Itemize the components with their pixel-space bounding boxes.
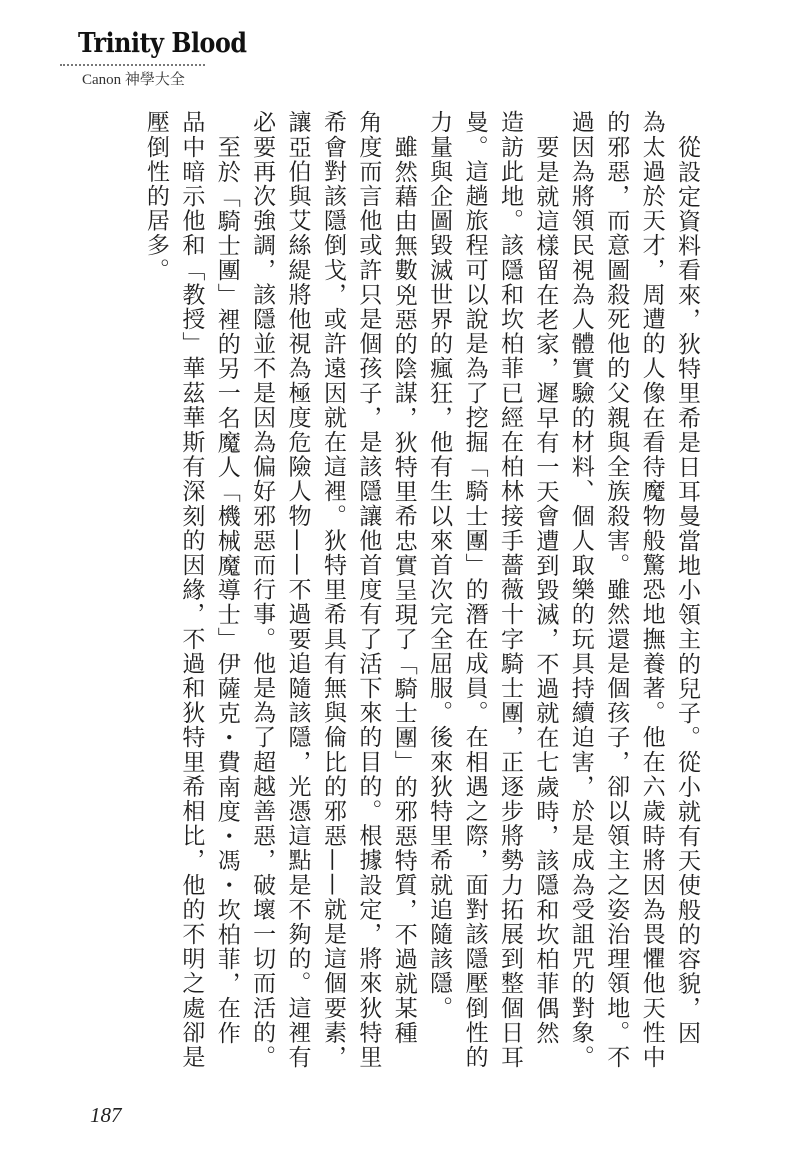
text-column: 造訪此地。該隱和坎柏菲已經在柏林接手薔薇十字騎士團，正逐步將勢力拓展到整個日耳	[492, 110, 527, 1045]
text-column: 的邪惡，而意圖殺死他的父親與全族殺害。雖然還是個孩子，卻以領主之姿治理領地。不	[598, 110, 633, 1045]
book-subtitle: Canon 神學大全	[82, 68, 185, 89]
dotted-divider	[60, 64, 205, 66]
page-number: 187	[90, 1103, 122, 1128]
text-column: 要是就這樣留在老家，遲早有一天會遭到毀滅，不過就在七歲時，該隱和坎柏菲偶然	[527, 110, 562, 1045]
text-column: 品中暗示他和「教授」華茲華斯有深刻的因緣，不過和狄特里希相比，他的不明之處卻是	[173, 110, 208, 1045]
text-column: 過因為將領民視為人體實驗的材料、個人取樂的玩具持續迫害，於是成為受詛咒的對象。	[562, 110, 597, 1045]
text-column: 雖然藉由無數兇惡的陰謀，狄特里希忠實呈現了「騎士團」的邪惡特質，不過就某種	[385, 110, 420, 1045]
text-column: 從設定資料看來，狄特里希是日耳曼當地小領主的兒子。從小就有天使般的容貌，因	[669, 110, 704, 1045]
text-column: 壓倒性的居多。	[138, 110, 173, 1045]
text-column: 為太過於天才，周遭的人像在看待魔物般驚恐地撫養著。他在六歲時將因為畏懼他天性中	[633, 110, 668, 1045]
text-column: 力量與企圖毀滅世界的瘋狂，他有生以來首次完全屈服。後來狄特里希就追隨該隱。	[421, 110, 456, 1045]
text-column: 讓亞伯與艾絲緹將他視為極度危險人物——不過要追隨該隱，光憑這點是不夠的。這裡有	[279, 110, 314, 1045]
book-title: Trinity Blood	[78, 28, 247, 59]
text-column: 曼。這趟旅程可以說是為了挖掘「騎士團」的潛在成員。在相遇之際，面對該隱壓倒性的	[456, 110, 491, 1045]
text-column: 至於「騎士團」裡的另一名魔人「機械魔導士」伊薩克・費南度・馮・坎柏菲，在作	[208, 110, 243, 1045]
text-column: 角度而言他或許只是個孩子，是該隱讓他首度有了活下來的目的。根據設定，將來狄特里	[350, 110, 385, 1045]
body-text: 從設定資料看來，狄特里希是日耳曼當地小領主的兒子。從小就有天使般的容貌，因 為太…	[138, 110, 705, 1045]
text-column: 希會對該隱倒戈，或許遠因就在這裡。狄特里希具有無與倫比的邪惡——就是這個要素，	[315, 110, 350, 1045]
text-column: 必要再次強調，該隱並不是因為偏好邪惡而行事。他是為了超越善惡，破壞一切而活的。	[244, 110, 279, 1045]
